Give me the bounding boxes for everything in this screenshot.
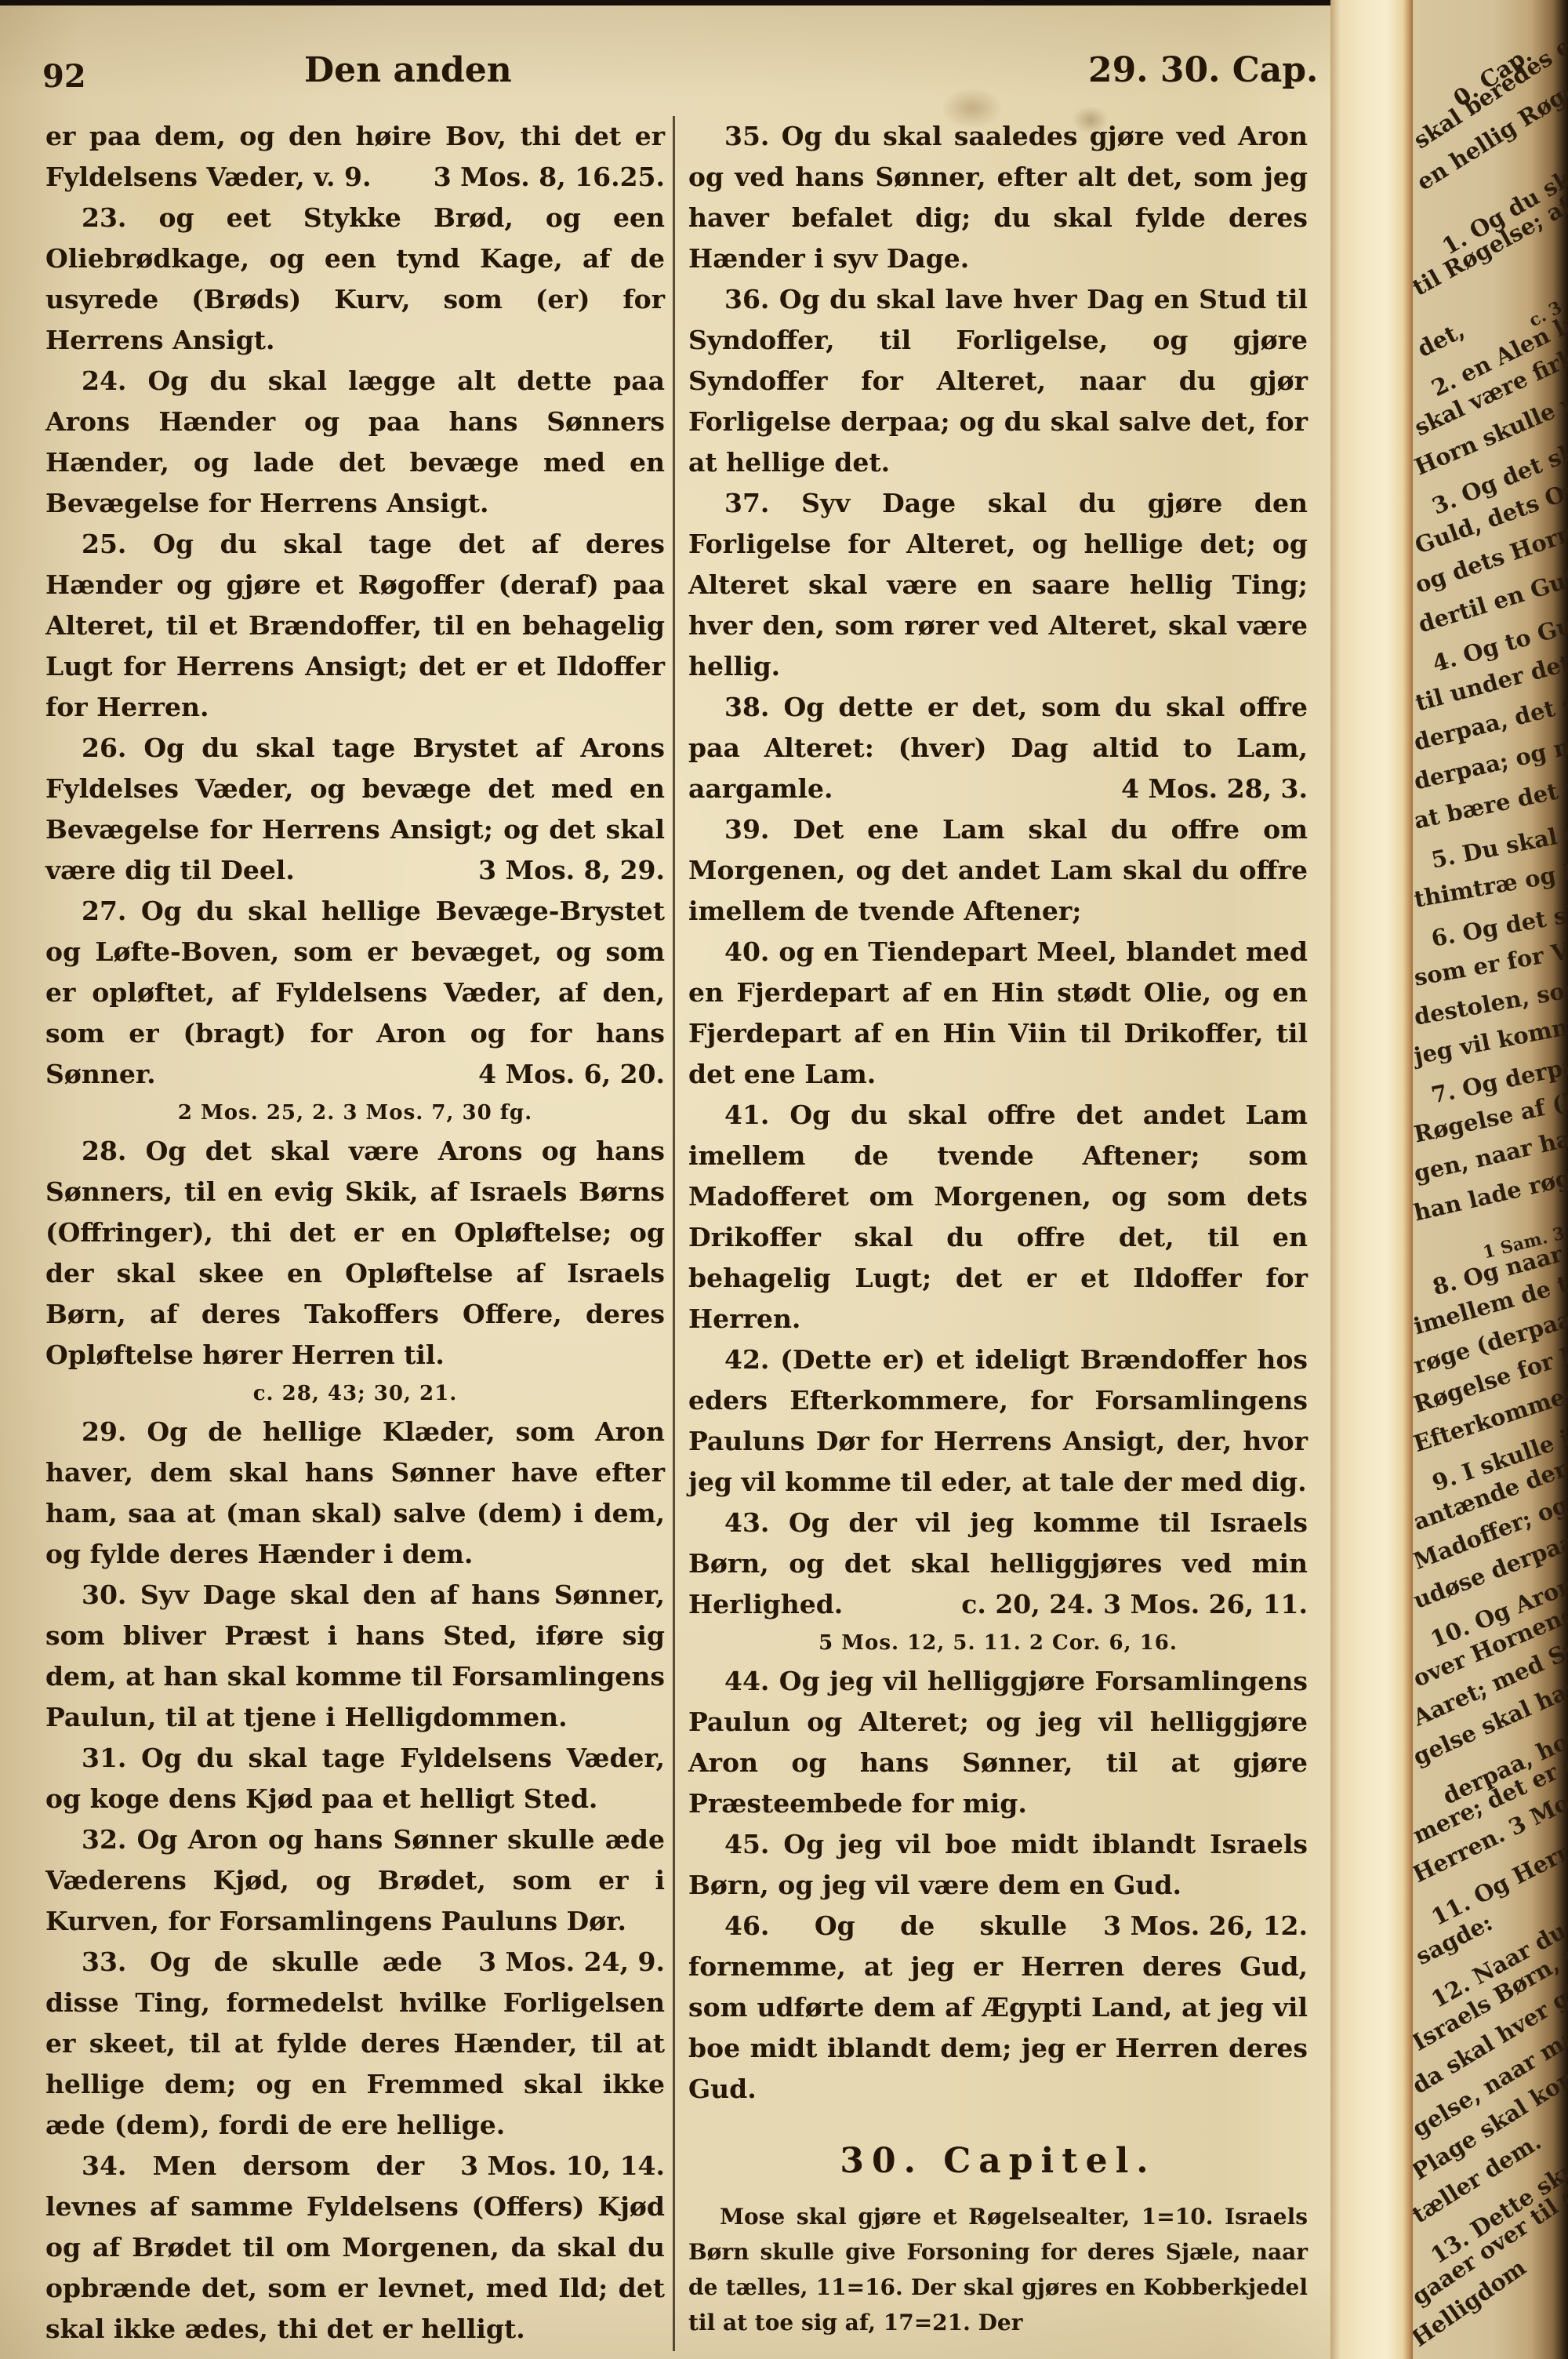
verse-39: 39. Det ene Lam skal du offre om Morgene… — [688, 809, 1308, 932]
verse-text: 41. Og du skal offre det andet Lam imell… — [688, 1100, 1308, 1334]
verse-text: 28. Og det skal være Arons og hans Sønne… — [45, 1136, 665, 1370]
verse-text: 25. Og du skal tage det af deres Hænder … — [45, 529, 665, 722]
verse-37: 37. Syv Dage skal du gjøre den Forligels… — [688, 483, 1308, 687]
verse-24: 24. Og du skal lægge alt dette paa Arons… — [45, 361, 665, 524]
verse-citation: 3 Mos. 8, 29. — [442, 850, 665, 891]
verse-text: 29. Og de hellige Klæder, som Aron haver… — [45, 1416, 665, 1569]
cross-reference-line: 5 Mos. 12, 5. 11. 2 Cor. 6, 16. — [688, 1625, 1308, 1661]
verse-citation: 3 Mos. 10, 14. — [424, 2146, 665, 2186]
verse-40: 40. og en Tiendepart Meel, blandet med e… — [688, 932, 1308, 1095]
verse-36: 36. Og du skal lave hver Dag en Stud til… — [688, 279, 1308, 483]
chapter-header-label: 29. 30. Cap. — [1088, 50, 1318, 90]
verse-text: 32. Og Aron og hans Sønner skulle æde Væ… — [45, 1824, 665, 1936]
verse-38: 38. Og dette er det, som du skal offre p… — [688, 687, 1308, 809]
verse-citation: 3 Mos. 26, 12. — [1067, 1906, 1308, 1946]
page-edge-fragment: det, — [1413, 317, 1468, 363]
verse-continuation: er paa dem, og den høire Bov, thi det er… — [45, 116, 665, 198]
verse-32: 32. Og Aron og hans Sønner skulle æde Væ… — [45, 1819, 665, 1942]
running-title: Den anden — [304, 50, 512, 90]
verse-28: 28. Og det skal være Arons og hans Sønne… — [45, 1131, 665, 1376]
verse-29: 29. Og de hellige Klæder, som Aron haver… — [45, 1412, 665, 1575]
verse-text: 37. Syv Dage skal du gjøre den Forligels… — [688, 488, 1308, 682]
verse-citation: 3 Mos. 8, 16.25. — [434, 157, 665, 198]
verse-text: 44. Og jeg vil helliggjøre Forsamlingens… — [688, 1666, 1308, 1819]
verse-text: 30. Syv Dage skal den af hans Sønner, so… — [45, 1579, 665, 1732]
verse-citation: c. 20, 24. 3 Mos. 26, 11. — [925, 1584, 1308, 1625]
verse-25: 25. Og du skal tage det af deres Hænder … — [45, 524, 665, 728]
chapter-30-heading: 30. Capitel. — [688, 2141, 1308, 2182]
verse-26: 26. Og du skal tage Brystet af Arons Fyl… — [45, 728, 665, 891]
verse-45: 45. Og jeg vil boe midt iblandt Israels … — [688, 1824, 1308, 1906]
verse-27: 27. Og du skal hellige Bevæge-Brystet og… — [45, 891, 665, 1095]
cross-reference-line: 2 Mos. 25, 2. 3 Mos. 7, 30 fg. — [45, 1095, 665, 1131]
verse-44: 44. Og jeg vil helliggjøre Forsamlingens… — [688, 1661, 1308, 1824]
left-text-column: er paa dem, og den høire Bov, thi det er… — [45, 116, 665, 2350]
verse-text: 42. (Dette er) et ideligt Brændoffer hos… — [688, 1344, 1308, 1497]
next-page-edge: 0. Cap. skal beredes en hellig Salve en … — [1413, 0, 1568, 2359]
verse-43: 43. Og der vil jeg komme til Israels Bør… — [688, 1503, 1308, 1625]
chapter-30-summary: Mose skal gjøre et Røgelsealter, 1=10. I… — [688, 2199, 1308, 2340]
verse-text: 45. Og jeg vil boe midt iblandt Israels … — [688, 1829, 1308, 1900]
verse-text: 35. Og du skal saaledes gjøre ved Aron o… — [688, 121, 1308, 274]
verse-23: 23. og eet Stykke Brød, og een Oliebrødk… — [45, 198, 665, 361]
cross-reference-line: c. 28, 43; 30, 21. — [45, 1376, 665, 1412]
verse-35: 35. Og du skal saaledes gjøre ved Aron o… — [688, 116, 1308, 279]
column-divider — [673, 116, 675, 2351]
verse-text: 23. og eet Stykke Brød, og een Oliebrødk… — [45, 202, 665, 355]
book-page-photo: 92 Den anden 29. 30. Cap. er paa dem, og… — [0, 0, 1568, 2359]
verse-citation: 4 Mos. 6, 20. — [442, 1054, 665, 1095]
verse-text: 24. Og du skal lægge alt dette paa Arons… — [45, 365, 665, 518]
verse-text: 36. Og du skal lave hver Dag en Stud til… — [688, 284, 1308, 478]
verse-30: 30. Syv Dage skal den af hans Sønner, so… — [45, 1575, 665, 1738]
page-curl — [1330, 0, 1413, 2359]
page-number: 92 — [42, 58, 86, 95]
verse-31: 31. Og du skal tage Fyldelsens Væder, og… — [45, 1738, 665, 1819]
verse-41: 41. Og du skal offre det andet Lam imell… — [688, 1095, 1308, 1339]
verse-citation: 4 Mos. 28, 3. — [1085, 769, 1308, 809]
verse-text: 40. og en Tiendepart Meel, blandet med e… — [688, 936, 1308, 1089]
verse-text: 31. Og du skal tage Fyldelsens Væder, og… — [45, 1743, 665, 1814]
verse-42: 42. (Dette er) et ideligt Brændoffer hos… — [688, 1339, 1308, 1503]
right-text-column: 35. Og du skal saaledes gjøre ved Aron o… — [688, 116, 1308, 2340]
verse-text: 39. Det ene Lam skal du offre om Morgene… — [688, 814, 1308, 926]
verse-citation: 3 Mos. 24, 9. — [442, 1942, 665, 1983]
